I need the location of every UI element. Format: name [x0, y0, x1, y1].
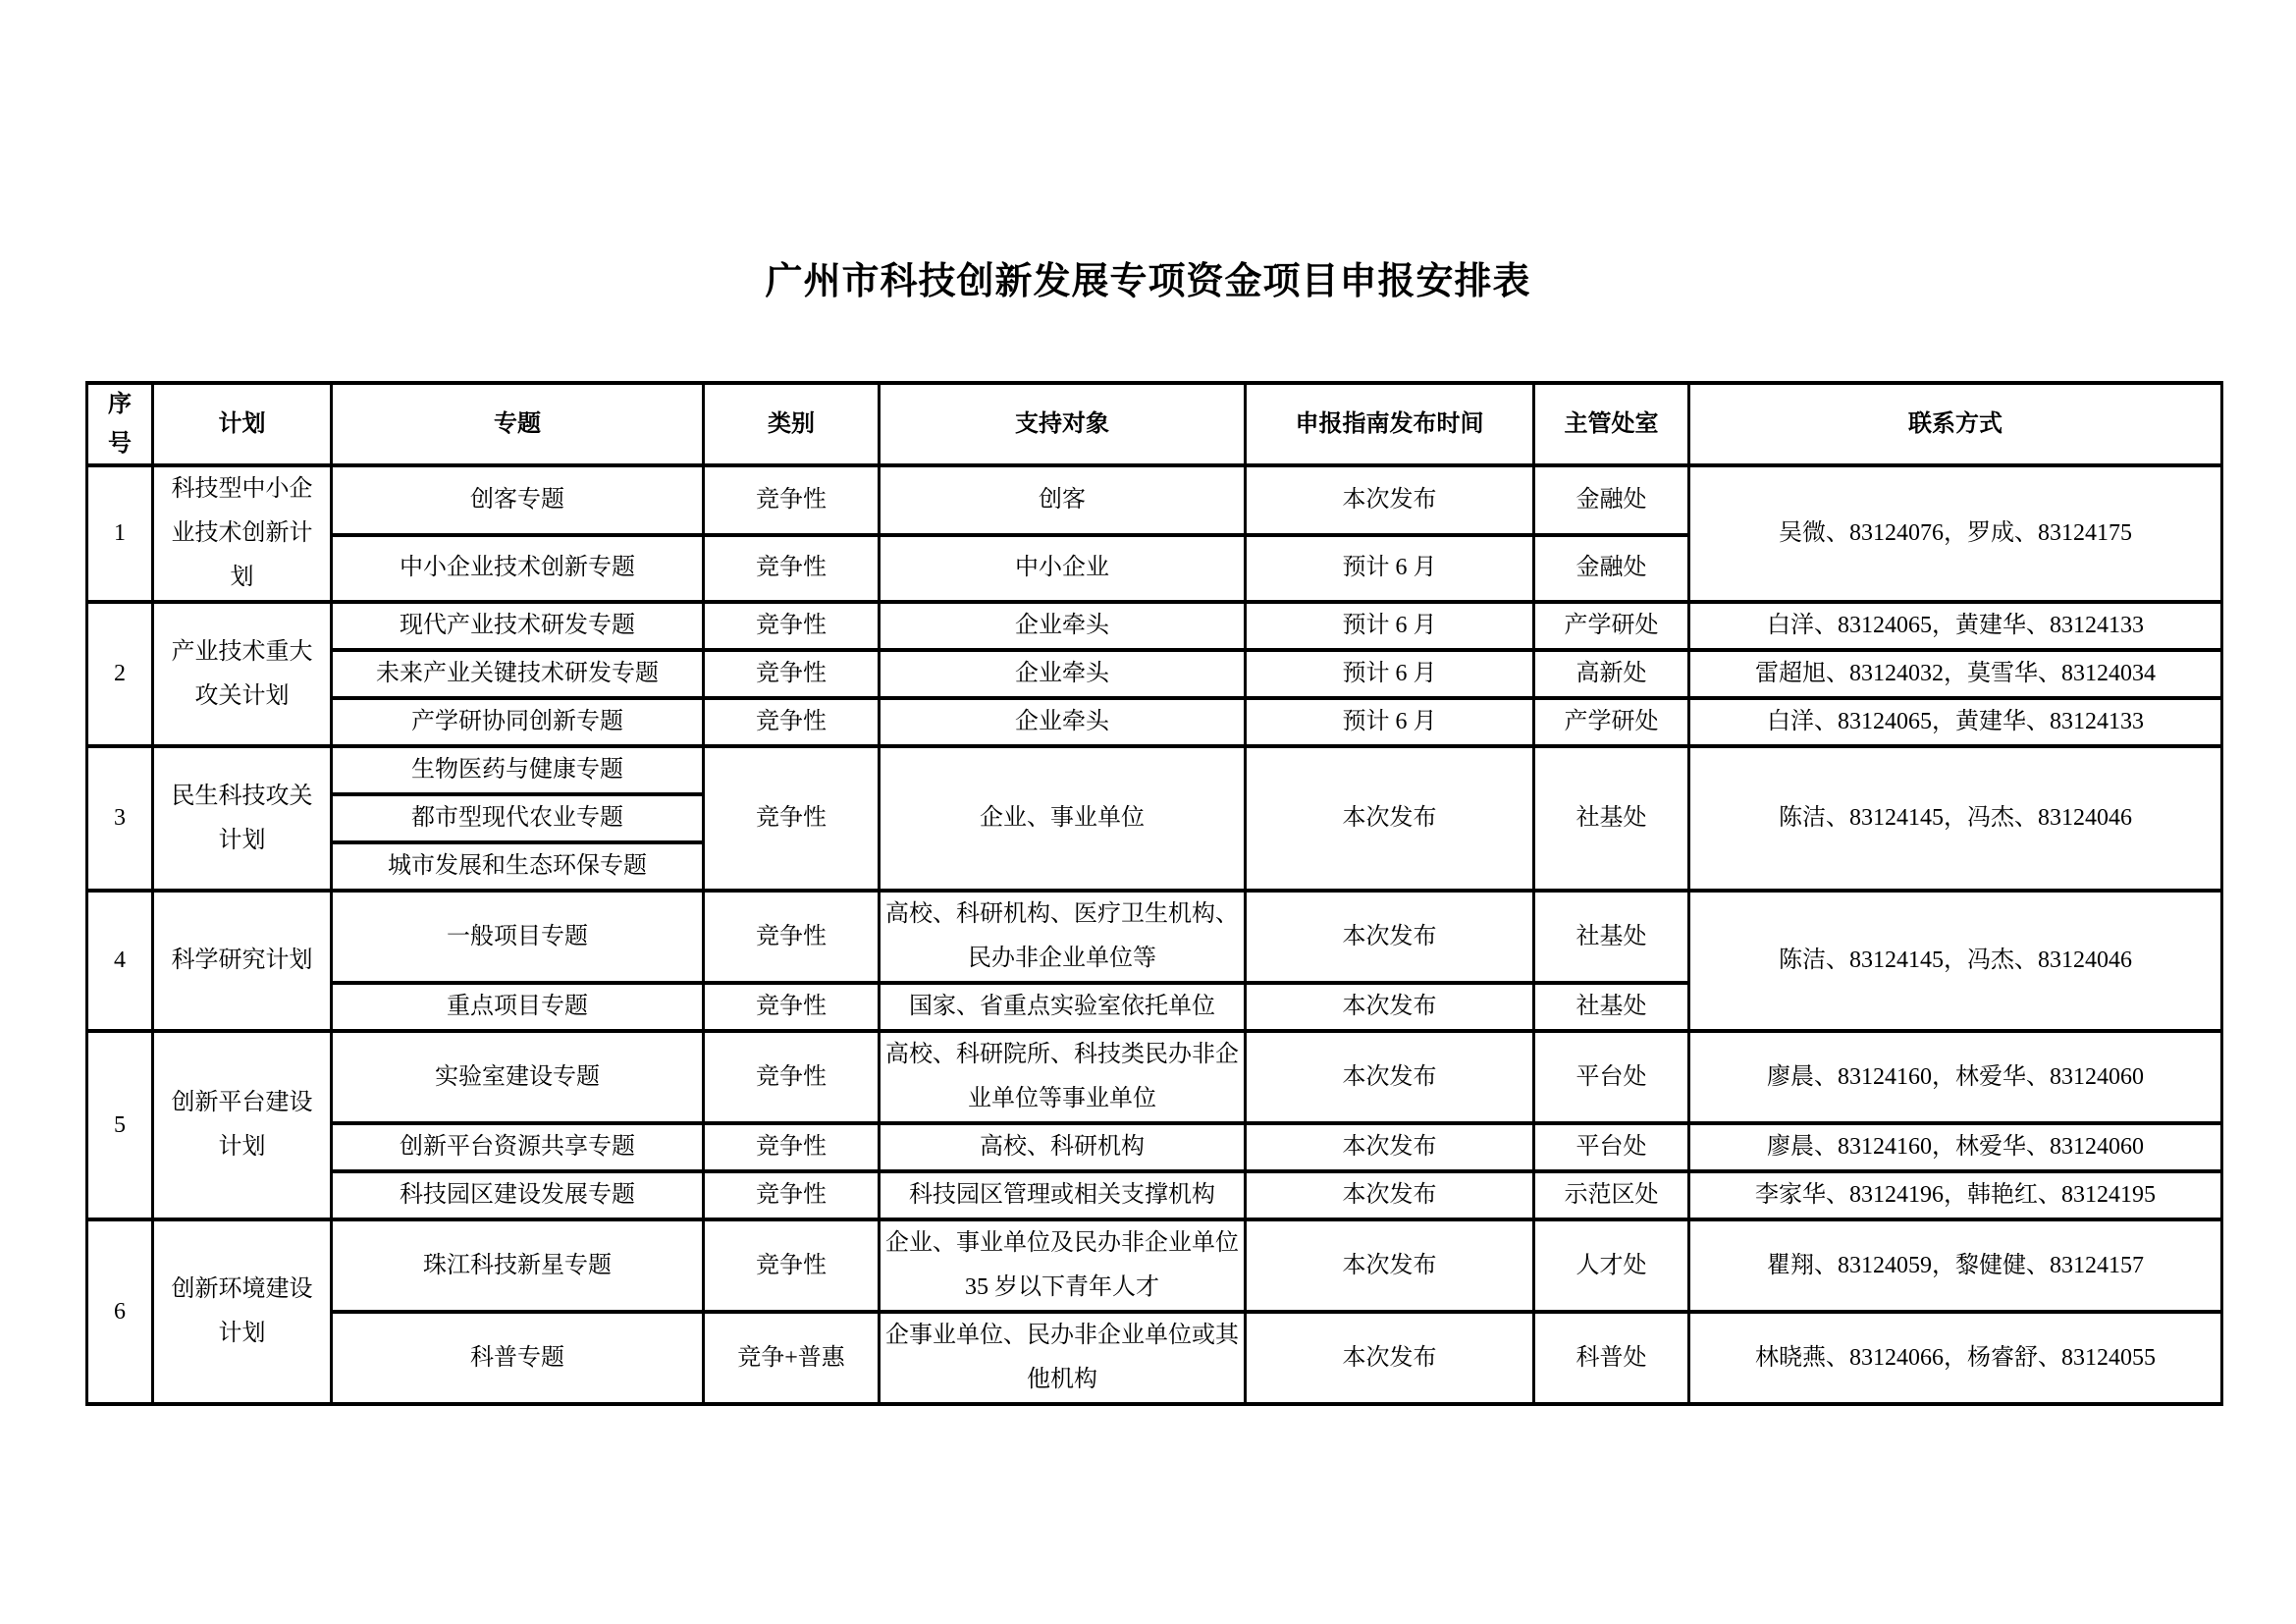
cell-dept: 社基处	[1534, 891, 1689, 983]
cell-contact: 李家华、83124196，韩艳红、83124195	[1689, 1171, 2222, 1219]
cell-category: 竞争性	[704, 602, 880, 650]
cell-category: 竞争+普惠	[704, 1312, 880, 1404]
cell-category: 竞争性	[704, 465, 880, 535]
table-row: 科技园区建设发展专题 竞争性 科技园区管理或相关支撑机构 本次发布 示范区处 李…	[87, 1171, 2222, 1219]
cell-topic: 未来产业关键技术研发专题	[332, 650, 704, 698]
cell-topic: 创新平台资源共享专题	[332, 1123, 704, 1171]
cell-category: 竞争性	[704, 891, 880, 983]
cell-topic: 生物医药与健康专题	[332, 746, 704, 794]
cell-contact: 林晓燕、83124066，杨睿舒、83124055	[1689, 1312, 2222, 1404]
cell-topic: 科普专题	[332, 1312, 704, 1404]
header-time: 申报指南发布时间	[1246, 383, 1534, 465]
header-target: 支持对象	[880, 383, 1246, 465]
cell-time: 预计 6 月	[1246, 650, 1534, 698]
cell-time: 预计 6 月	[1246, 698, 1534, 746]
cell-contact: 吴微、83124076，罗成、83124175	[1689, 465, 2222, 602]
cell-dept: 金融处	[1534, 535, 1689, 602]
cell-contact: 瞿翔、83124059，黎健健、83124157	[1689, 1219, 2222, 1312]
cell-plan: 科技型中小企业技术创新计划	[153, 465, 332, 602]
cell-category: 竞争性	[704, 535, 880, 602]
header-category: 类别	[704, 383, 880, 465]
cell-topic: 现代产业技术研发专题	[332, 602, 704, 650]
cell-topic: 科技园区建设发展专题	[332, 1171, 704, 1219]
cell-time: 本次发布	[1246, 891, 1534, 983]
cell-target: 企业牵头	[880, 698, 1246, 746]
cell-target: 科技园区管理或相关支撑机构	[880, 1171, 1246, 1219]
cell-time: 本次发布	[1246, 1312, 1534, 1404]
cell-plan: 科学研究计划	[153, 891, 332, 1031]
cell-no: 2	[87, 602, 153, 746]
cell-dept: 科普处	[1534, 1312, 1689, 1404]
cell-no: 3	[87, 746, 153, 891]
cell-topic: 重点项目专题	[332, 983, 704, 1031]
cell-contact: 白洋、83124065，黄建华、83124133	[1689, 602, 2222, 650]
cell-category: 竞争性	[704, 1031, 880, 1123]
cell-no: 1	[87, 465, 153, 602]
cell-topic: 都市型现代农业专题	[332, 794, 704, 842]
header-contact: 联系方式	[1689, 383, 2222, 465]
cell-target: 企事业单位、民办非企业单位或其他机构	[880, 1312, 1246, 1404]
cell-category: 竞争性	[704, 983, 880, 1031]
cell-contact: 雷超旭、83124032，莫雪华、83124034	[1689, 650, 2222, 698]
cell-time: 预计 6 月	[1246, 535, 1534, 602]
header-topic: 专题	[332, 383, 704, 465]
cell-target: 高校、科研机构、医疗卫生机构、民办非企业单位等	[880, 891, 1246, 983]
header-plan: 计划	[153, 383, 332, 465]
table-row: 1 科技型中小企业技术创新计划 创客专题 竞争性 创客 本次发布 金融处 吴微、…	[87, 465, 2222, 535]
cell-contact: 陈洁、83124145，冯杰、83124046	[1689, 746, 2222, 891]
cell-dept: 社基处	[1534, 983, 1689, 1031]
document-page: 广州市科技创新发展专项资金项目申报安排表 序号 计划 专题 类别 支持对象 申报…	[0, 0, 2296, 1624]
cell-dept: 高新处	[1534, 650, 1689, 698]
cell-dept: 社基处	[1534, 746, 1689, 891]
cell-target: 企业牵头	[880, 602, 1246, 650]
cell-target: 国家、省重点实验室依托单位	[880, 983, 1246, 1031]
cell-topic: 创客专题	[332, 465, 704, 535]
cell-category: 竞争性	[704, 1171, 880, 1219]
cell-contact: 廖晨、83124160，林爱华、83124060	[1689, 1123, 2222, 1171]
cell-plan: 产业技术重大攻关计划	[153, 602, 332, 746]
cell-target: 创客	[880, 465, 1246, 535]
cell-contact: 廖晨、83124160，林爱华、83124060	[1689, 1031, 2222, 1123]
cell-no: 4	[87, 891, 153, 1031]
header-no: 序号	[87, 383, 153, 465]
cell-category: 竞争性	[704, 698, 880, 746]
table-row: 5 创新平台建设计划 实验室建设专题 竞争性 高校、科研院所、科技类民办非企业单…	[87, 1031, 2222, 1123]
table-row: 3 民生科技攻关计划 生物医药与健康专题 竞争性 企业、事业单位 本次发布 社基…	[87, 746, 2222, 794]
cell-category: 竞争性	[704, 1219, 880, 1312]
cell-time: 本次发布	[1246, 1123, 1534, 1171]
cell-topic: 珠江科技新星专题	[332, 1219, 704, 1312]
page-title: 广州市科技创新发展专项资金项目申报安排表	[0, 257, 2296, 306]
cell-dept: 人才处	[1534, 1219, 1689, 1312]
cell-topic: 一般项目专题	[332, 891, 704, 983]
cell-time: 本次发布	[1246, 1171, 1534, 1219]
cell-dept: 平台处	[1534, 1123, 1689, 1171]
cell-dept: 产学研处	[1534, 602, 1689, 650]
cell-dept: 示范区处	[1534, 1171, 1689, 1219]
cell-topic: 城市发展和生态环保专题	[332, 842, 704, 891]
table-row: 创新平台资源共享专题 竞争性 高校、科研机构 本次发布 平台处 廖晨、83124…	[87, 1123, 2222, 1171]
table-row: 科普专题 竞争+普惠 企事业单位、民办非企业单位或其他机构 本次发布 科普处 林…	[87, 1312, 2222, 1404]
header-dept: 主管处室	[1534, 383, 1689, 465]
cell-topic: 实验室建设专题	[332, 1031, 704, 1123]
cell-target: 企业、事业单位及民办非企业单位 35 岁以下青年人才	[880, 1219, 1246, 1312]
cell-plan: 民生科技攻关计划	[153, 746, 332, 891]
table-row: 未来产业关键技术研发专题 竞争性 企业牵头 预计 6 月 高新处 雷超旭、831…	[87, 650, 2222, 698]
cell-target: 高校、科研机构	[880, 1123, 1246, 1171]
cell-time: 本次发布	[1246, 983, 1534, 1031]
table-row: 产学研协同创新专题 竞争性 企业牵头 预计 6 月 产学研处 白洋、831240…	[87, 698, 2222, 746]
cell-category: 竞争性	[704, 746, 880, 891]
cell-dept: 产学研处	[1534, 698, 1689, 746]
table-row: 4 科学研究计划 一般项目专题 竞争性 高校、科研机构、医疗卫生机构、民办非企业…	[87, 891, 2222, 983]
table-row: 2 产业技术重大攻关计划 现代产业技术研发专题 竞争性 企业牵头 预计 6 月 …	[87, 602, 2222, 650]
cell-target: 高校、科研院所、科技类民办非企业单位等事业单位	[880, 1031, 1246, 1123]
cell-dept: 平台处	[1534, 1031, 1689, 1123]
cell-plan: 创新平台建设计划	[153, 1031, 332, 1219]
cell-time: 本次发布	[1246, 465, 1534, 535]
cell-target: 中小企业	[880, 535, 1246, 602]
cell-contact: 白洋、83124065，黄建华、83124133	[1689, 698, 2222, 746]
cell-category: 竞争性	[704, 650, 880, 698]
table-row: 6 创新环境建设计划 珠江科技新星专题 竞争性 企业、事业单位及民办非企业单位 …	[87, 1219, 2222, 1312]
cell-time: 本次发布	[1246, 746, 1534, 891]
application-schedule-table: 序号 计划 专题 类别 支持对象 申报指南发布时间 主管处室 联系方式 1 科技…	[85, 381, 2223, 1406]
header-row: 序号 计划 专题 类别 支持对象 申报指南发布时间 主管处室 联系方式	[87, 383, 2222, 465]
cell-time: 预计 6 月	[1246, 602, 1534, 650]
cell-no: 5	[87, 1031, 153, 1219]
cell-contact: 陈洁、83124145，冯杰、83124046	[1689, 891, 2222, 1031]
cell-time: 本次发布	[1246, 1031, 1534, 1123]
cell-dept: 金融处	[1534, 465, 1689, 535]
cell-time: 本次发布	[1246, 1219, 1534, 1312]
cell-plan: 创新环境建设计划	[153, 1219, 332, 1404]
cell-no: 6	[87, 1219, 153, 1404]
cell-topic: 中小企业技术创新专题	[332, 535, 704, 602]
cell-category: 竞争性	[704, 1123, 880, 1171]
cell-topic: 产学研协同创新专题	[332, 698, 704, 746]
cell-target: 企业牵头	[880, 650, 1246, 698]
cell-target: 企业、事业单位	[880, 746, 1246, 891]
